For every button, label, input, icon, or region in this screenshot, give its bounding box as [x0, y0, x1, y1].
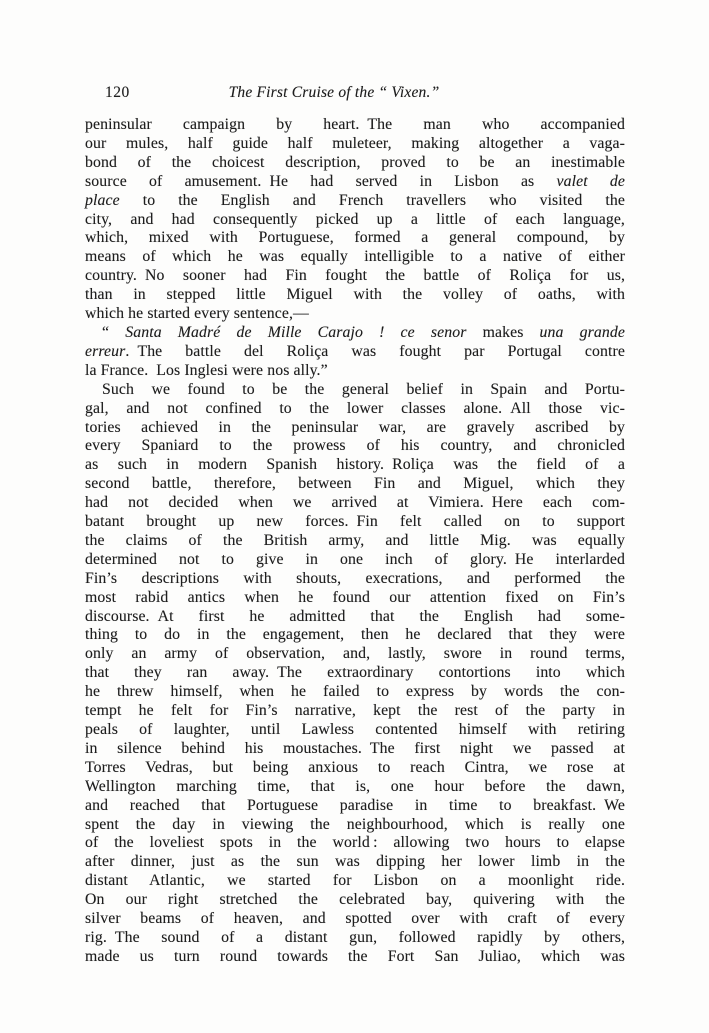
text-run: Fin’s descriptions with shouts, execrati…	[85, 570, 625, 587]
text-line: silver beams of heaven, and spotted over…	[85, 910, 625, 929]
text-line: most rabid antics when he found our atte…	[85, 589, 625, 608]
text-run: . The battle del Roliça was fought par P…	[125, 343, 625, 360]
page-number: 120	[105, 83, 130, 103]
text-line: erreur. The battle del Roliça was fought…	[85, 343, 625, 362]
text-run: “	[102, 324, 125, 341]
text-line: that they ran away. The extraordinary co…	[85, 664, 625, 683]
text-line: gal, and not confined to the lower class…	[85, 400, 625, 419]
italic-run: valet de	[557, 173, 626, 190]
text-run: than in stepped little Miguel with the v…	[85, 286, 625, 303]
text-line: he threw himself, when he failed to expr…	[85, 683, 625, 702]
text-run: batant brought up new forces. Fin felt c…	[85, 513, 625, 530]
italic-run: Santa Madré de Mille Carajo ! ce senor	[125, 324, 466, 341]
italic-run: place	[85, 192, 120, 209]
text-run: gal, and not confined to the lower class…	[85, 400, 625, 417]
text-run: means of which he was equally intelligib…	[85, 248, 625, 265]
text-line: the claims of the British army, and litt…	[85, 532, 625, 551]
text-run: peninsular campaign by heart. The man wh…	[85, 116, 625, 133]
text-line: determined not to give in one inch of gl…	[85, 551, 625, 570]
text-line: place to the English and French travelle…	[85, 192, 625, 211]
text-run: country. No sooner had Fin fought the ba…	[85, 267, 625, 284]
text-run: Wellington marching time, that is, one h…	[85, 778, 625, 795]
text-run: tories achieved in the peninsular war, a…	[85, 419, 625, 436]
text-run: which, mixed with Portuguese, formed a g…	[85, 229, 625, 246]
text-run: the claims of the British army, and litt…	[85, 532, 625, 549]
text-line: discourse. At first he admitted that the…	[85, 608, 625, 627]
text-run: silver beams of heaven, and spotted over…	[85, 910, 625, 927]
text-line: after dinner, just as the sun was dippin…	[85, 853, 625, 872]
text-run: la France. Los Inglesi were nos ally.”	[85, 362, 328, 379]
text-run: which he started every sentence,—	[85, 305, 309, 322]
text-line: our mules, half guide half muleteer, mak…	[85, 135, 625, 154]
paragraph: peninsular campaign by heart. The man wh…	[85, 116, 625, 324]
text-run: in silence behind his moustaches. The fi…	[85, 740, 625, 757]
text-run: Torres Vedras, but being anxious to reac…	[85, 759, 625, 776]
text-line: only an army of observation, and, lastly…	[85, 645, 625, 664]
text-run: to the English and French travellers who…	[120, 192, 625, 209]
text-line: distant Atlantic, we started for Lisbon …	[85, 872, 625, 891]
text-run: determined not to give in one inch of gl…	[85, 551, 625, 568]
text-run: peals of laughter, until Lawless content…	[85, 721, 625, 738]
text-line: source of amusement. He had served in Li…	[85, 173, 625, 192]
text-run: only an army of observation, and, lastly…	[85, 645, 625, 662]
text-line: Wellington marching time, that is, one h…	[85, 778, 625, 797]
text-run: of the loveliest spots in the world : al…	[85, 834, 625, 851]
text-line: which he started every sentence,—	[85, 305, 625, 324]
text-run: our mules, half guide half muleteer, mak…	[85, 135, 625, 152]
text-run: Such we found to be the general belief i…	[102, 381, 625, 398]
text-run: rig. The sound of a distant gun, followe…	[85, 929, 625, 946]
page-header: 120 The First Cruise of the “ Vixen.”	[85, 83, 625, 103]
text-line: and reached that Portuguese paradise in …	[85, 797, 625, 816]
text-run: city, and had consequently picked up a l…	[85, 211, 625, 228]
paragraph: “ Santa Madré de Mille Carajo ! ce senor…	[85, 324, 625, 381]
text-line: every Spaniard to the prowess of his cou…	[85, 437, 625, 456]
text-run: most rabid antics when he found our atte…	[85, 589, 625, 606]
book-page: 120 The First Cruise of the “ Vixen.” pe…	[0, 0, 709, 1033]
text-run: bond of the choicest description, proved…	[85, 154, 625, 171]
text-line: la France. Los Inglesi were nos ally.”	[85, 362, 625, 381]
text-line: On our right stretched the celebrated ba…	[85, 891, 625, 910]
text-run: distant Atlantic, we started for Lisbon …	[85, 872, 625, 889]
text-line: peals of laughter, until Lawless content…	[85, 721, 625, 740]
text-line: made us turn round towards the Fort San …	[85, 948, 625, 967]
text-line: Torres Vedras, but being anxious to reac…	[85, 759, 625, 778]
text-line: peninsular campaign by heart. The man wh…	[85, 116, 625, 135]
text-run: every Spaniard to the prowess of his cou…	[85, 437, 625, 454]
text-line: Such we found to be the general belief i…	[85, 381, 625, 400]
text-line: which, mixed with Portuguese, formed a g…	[85, 229, 625, 248]
text-run: spent the day in viewing the neighbourho…	[85, 816, 625, 833]
text-line: city, and had consequently picked up a l…	[85, 211, 625, 230]
text-line: country. No sooner had Fin fought the ba…	[85, 267, 625, 286]
text-line: than in stepped little Miguel with the v…	[85, 286, 625, 305]
text-run: On our right stretched the celebrated ba…	[85, 891, 625, 908]
text-run: that they ran away. The extraordinary co…	[85, 664, 625, 681]
text-run: discourse. At first he admitted that the…	[85, 608, 625, 625]
text-run: had not decided when we arrived at Vimie…	[85, 494, 625, 511]
text-line: “ Santa Madré de Mille Carajo ! ce senor…	[85, 324, 625, 343]
text-line: batant brought up new forces. Fin felt c…	[85, 513, 625, 532]
text-run: makes	[466, 324, 539, 341]
text-line: as such in modern Spanish history. Roliç…	[85, 456, 625, 475]
text-run: second battle, therefore, between Fin an…	[85, 475, 625, 492]
text-line: second battle, therefore, between Fin an…	[85, 475, 625, 494]
text-line: of the loveliest spots in the world : al…	[85, 834, 625, 853]
text-run: tempt he felt for Fin’s narrative, kept …	[85, 702, 625, 719]
text-run: source of amusement. He had served in Li…	[85, 173, 557, 190]
text-line: thing to do in the engagement, then he d…	[85, 626, 625, 645]
text-line: rig. The sound of a distant gun, followe…	[85, 929, 625, 948]
text-run: he threw himself, when he failed to expr…	[85, 683, 625, 700]
italic-run: erreur	[85, 343, 125, 360]
text-line: means of which he was equally intelligib…	[85, 248, 625, 267]
text-line: bond of the choicest description, proved…	[85, 154, 625, 173]
italic-run: una grande	[540, 324, 625, 341]
running-title: The First Cruise of the “ Vixen.”	[85, 83, 625, 103]
text-run: as such in modern Spanish history. Roliç…	[85, 456, 625, 473]
text-run: thing to do in the engagement, then he d…	[85, 626, 625, 643]
paragraph: Such we found to be the general belief i…	[85, 381, 625, 967]
text-line: spent the day in viewing the neighbourho…	[85, 816, 625, 835]
text-run: after dinner, just as the sun was dippin…	[85, 853, 625, 870]
text-run: made us turn round towards the Fort San …	[85, 948, 625, 965]
text-line: tories achieved in the peninsular war, a…	[85, 419, 625, 438]
text-line: tempt he felt for Fin’s narrative, kept …	[85, 702, 625, 721]
text-run: and reached that Portuguese paradise in …	[85, 797, 625, 814]
text-line: Fin’s descriptions with shouts, execrati…	[85, 570, 625, 589]
page-body: peninsular campaign by heart. The man wh…	[85, 116, 625, 967]
text-line: had not decided when we arrived at Vimie…	[85, 494, 625, 513]
text-line: in silence behind his moustaches. The fi…	[85, 740, 625, 759]
